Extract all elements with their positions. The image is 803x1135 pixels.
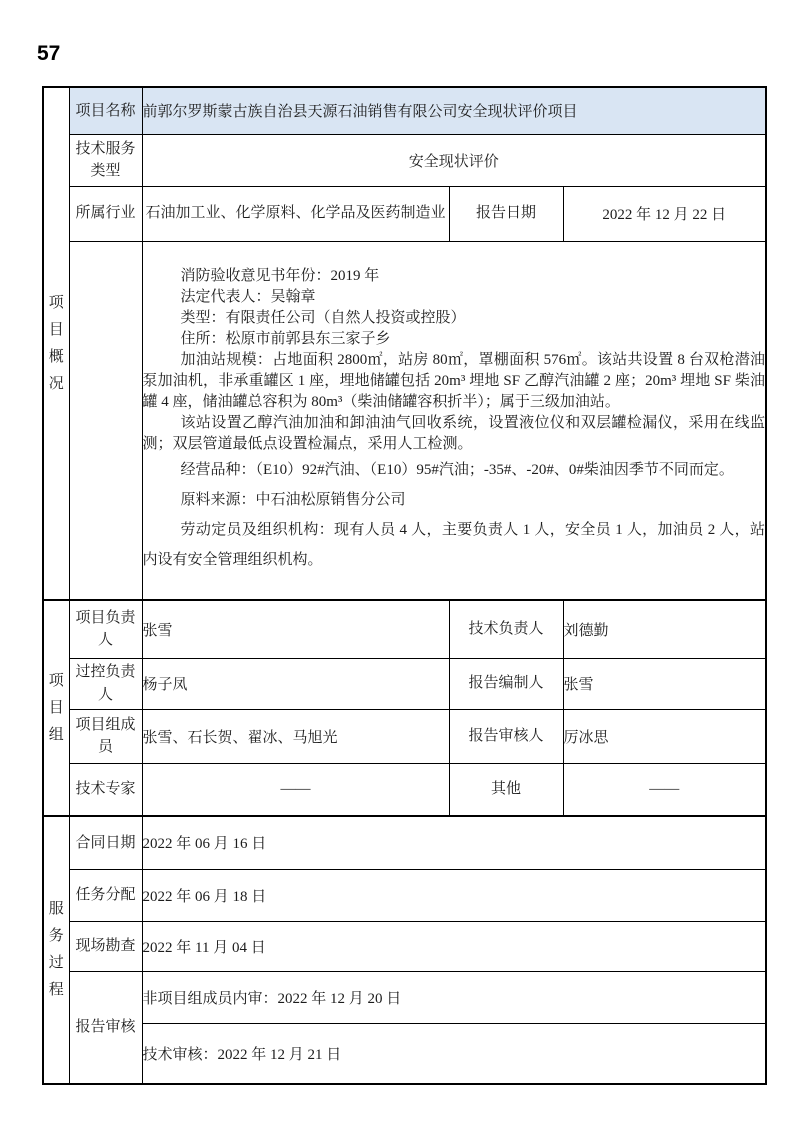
service-type-label: 技术服务类型 bbox=[69, 134, 142, 186]
section-team-label: 项目组 bbox=[48, 668, 65, 749]
industry-label: 所属行业 bbox=[69, 186, 142, 241]
team-members-label: 项目组成员 bbox=[69, 709, 142, 763]
section-team: 项目组 bbox=[43, 600, 69, 816]
report-writer-label: 报告编制人 bbox=[449, 658, 563, 709]
site-survey-value: 2022 年 11 月 04 日 bbox=[142, 921, 766, 971]
service-type-value: 安全现状评价 bbox=[142, 134, 766, 186]
overview-paragraph: 该站设置乙醇汽油加油和卸油油气回收系统，设置液位仪和双层罐检漏仪，采用在线监测；… bbox=[143, 413, 766, 455]
overview-spacer-cell bbox=[69, 241, 142, 600]
document-page: 57 项目概况 项目名称 前郭尔罗斯蒙古族自治县天源石油销售有限公司安全现状评价… bbox=[0, 0, 803, 1135]
contract-date-value: 2022 年 06 月 16 日 bbox=[142, 816, 766, 869]
task-assignment-label: 任务分配 bbox=[69, 869, 142, 921]
project-info-table: 项目概况 项目名称 前郭尔罗斯蒙古族自治县天源石油销售有限公司安全现状评价项目 … bbox=[42, 86, 767, 1085]
row-task-assignment: 任务分配 2022 年 06 月 18 日 bbox=[43, 869, 766, 921]
row-service-type: 技术服务类型 安全现状评价 bbox=[43, 134, 766, 186]
row-tech-expert: 技术专家 —— 其他 —— bbox=[43, 763, 766, 816]
section-overview-label: 项目概况 bbox=[48, 290, 65, 398]
overview-paragraph: 加油站规模：占地面积 2800㎡，站房 80㎡，罩棚面积 576㎡。该站共设置 … bbox=[143, 350, 766, 413]
section-process: 服务过程 bbox=[43, 816, 69, 1084]
tech-expert-label: 技术专家 bbox=[69, 763, 142, 816]
row-report-review-internal: 报告审核 非项目组成员内审：2022 年 12 月 20 日 bbox=[43, 971, 766, 1023]
report-reviewer-value: 厉冰思 bbox=[563, 709, 766, 763]
overview-paragraph: 法定代表人：吴翰章 bbox=[143, 287, 766, 308]
row-report-review-technical: 技术审核：2022 年 12 月 21 日 bbox=[43, 1023, 766, 1084]
team-members-value: 张雪、石长贺、翟冰、马旭光 bbox=[142, 709, 449, 763]
overview-paragraph: 消防验收意见书年份：2019 年 bbox=[143, 266, 766, 287]
section-overview: 项目概况 bbox=[43, 87, 69, 600]
task-assignment-value: 2022 年 06 月 18 日 bbox=[142, 869, 766, 921]
contract-date-label: 合同日期 bbox=[69, 816, 142, 869]
project-leader-label: 项目负责人 bbox=[69, 600, 142, 658]
overview-text-cell: 消防验收意见书年份：2019 年 法定代表人：吴翰章 类型：有限责任公司（自然人… bbox=[142, 241, 766, 600]
report-date-value: 2022 年 12 月 22 日 bbox=[563, 186, 766, 241]
project-name-value: 前郭尔罗斯蒙古族自治县天源石油销售有限公司安全现状评价项目 bbox=[142, 87, 766, 134]
industry-value: 石油加工业、化学原料、化学品及医药制造业 bbox=[142, 186, 449, 241]
report-reviewer-label: 报告审核人 bbox=[449, 709, 563, 763]
report-review-technical-value: 技术审核：2022 年 12 月 21 日 bbox=[142, 1023, 766, 1084]
report-review-internal-value: 非项目组成员内审：2022 年 12 月 20 日 bbox=[142, 971, 766, 1023]
row-industry: 所属行业 石油加工业、化学原料、化学品及医药制造业 报告日期 2022 年 12… bbox=[43, 186, 766, 241]
row-contract-date: 服务过程 合同日期 2022 年 06 月 16 日 bbox=[43, 816, 766, 869]
project-name-label: 项目名称 bbox=[69, 87, 142, 134]
overview-paragraph: 劳动定员及组织机构：现有人员 4 人，主要负责人 1 人，安全员 1 人，加油员… bbox=[143, 515, 766, 575]
process-control-value: 杨子凤 bbox=[142, 658, 449, 709]
overview-paragraph: 经营品种：（E10）92#汽油、（E10）95#汽油；-35#、-20#、0#柴… bbox=[143, 455, 766, 485]
overview-paragraph: 类型：有限责任公司（自然人投资或控股） bbox=[143, 308, 766, 329]
tech-leader-value: 刘德勤 bbox=[563, 600, 766, 658]
page-number: 57 bbox=[37, 42, 60, 66]
report-review-label: 报告审核 bbox=[69, 971, 142, 1084]
tech-expert-value: —— bbox=[142, 763, 449, 816]
row-process-control: 过控负责人 杨子凤 报告编制人 张雪 bbox=[43, 658, 766, 709]
report-writer-value: 张雪 bbox=[563, 658, 766, 709]
project-leader-value: 张雪 bbox=[142, 600, 449, 658]
row-project-name: 项目概况 项目名称 前郭尔罗斯蒙古族自治县天源石油销售有限公司安全现状评价项目 bbox=[43, 87, 766, 134]
other-label: 其他 bbox=[449, 763, 563, 816]
report-date-label: 报告日期 bbox=[449, 186, 563, 241]
tech-leader-label: 技术负责人 bbox=[449, 600, 563, 658]
section-process-label: 服务过程 bbox=[48, 896, 65, 1004]
process-control-label: 过控负责人 bbox=[69, 658, 142, 709]
other-value: —— bbox=[563, 763, 766, 816]
overview-paragraph: 原料来源：中石油松原销售分公司 bbox=[143, 485, 766, 515]
row-site-survey: 现场勘查 2022 年 11 月 04 日 bbox=[43, 921, 766, 971]
overview-paragraph: 住所：松原市前郭县东三家子乡 bbox=[143, 329, 766, 350]
site-survey-label: 现场勘查 bbox=[69, 921, 142, 971]
row-overview: 消防验收意见书年份：2019 年 法定代表人：吴翰章 类型：有限责任公司（自然人… bbox=[43, 241, 766, 600]
row-project-leader: 项目组 项目负责人 张雪 技术负责人 刘德勤 bbox=[43, 600, 766, 658]
row-team-members: 项目组成员 张雪、石长贺、翟冰、马旭光 报告审核人 厉冰思 bbox=[43, 709, 766, 763]
